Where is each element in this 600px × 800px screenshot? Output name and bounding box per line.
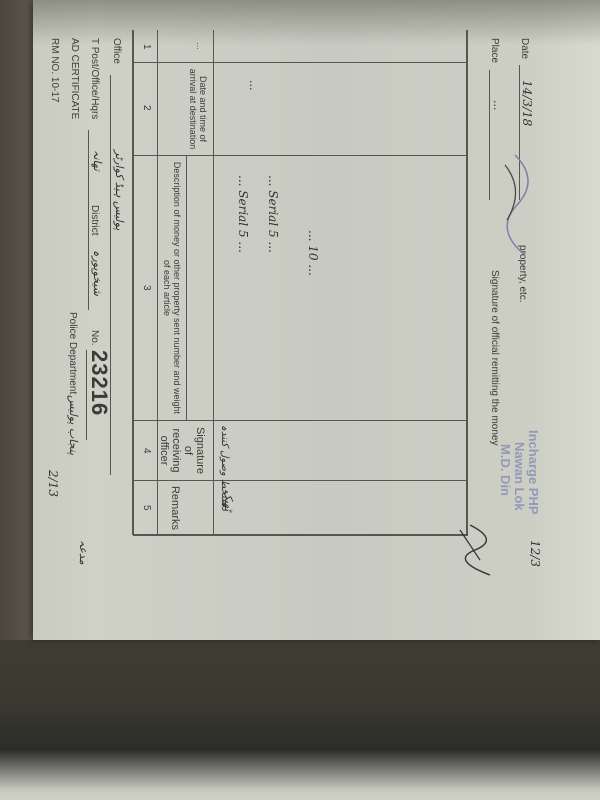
desk-surface: [0, 640, 600, 800]
form-number: RM NO. 10-17: [49, 38, 60, 102]
col-header-3: Description of money or other property s…: [162, 160, 182, 416]
office-label: Office: [111, 38, 122, 64]
col3-inner-border: [186, 155, 187, 420]
col-num-1: 1: [141, 44, 152, 50]
place-label: Place: [489, 38, 500, 63]
col-divider-4: [133, 480, 468, 481]
office-underline: [110, 75, 111, 475]
col-num-5: 5: [141, 505, 152, 511]
department-label: Police Department: [67, 312, 78, 394]
district-value: شیخوپورہ: [91, 250, 104, 296]
department-urdu: پنجاب پولیس: [67, 395, 80, 455]
col-header-2: Date and time of arrival at destination: [188, 66, 208, 152]
col-divider-1: [133, 62, 468, 63]
table-header-border: [213, 30, 214, 535]
table-right-border: [133, 534, 468, 536]
col-num-3: 3: [141, 285, 152, 291]
row-col5-entry: ٹھیک: [222, 490, 235, 511]
post-value: تھانہ: [91, 150, 104, 171]
col-divider-3: [133, 420, 468, 421]
district-label: District: [89, 205, 100, 236]
form-title: AD CERTIFICATE: [69, 38, 80, 119]
table-top-border: [133, 30, 135, 535]
date-value: 14/3/18: [520, 80, 534, 126]
col-divider-2: [133, 155, 468, 156]
col-num-4: 4: [141, 448, 152, 454]
stamp-line-2: Nawan Lok: [512, 430, 526, 550]
row-col2-entry: ...: [247, 80, 260, 91]
signature-scribble-icon: [450, 520, 510, 580]
corner-note: مدعہ: [77, 540, 90, 565]
signature-label: Signature of official remitting the mone…: [489, 270, 500, 445]
row-col3-line1: ... Serial 5 ...: [236, 175, 250, 253]
serial-number: 23216: [86, 350, 112, 416]
office-value: پولیس ہیڈ کوارٹر: [113, 150, 126, 230]
serial-label: No.: [89, 330, 100, 346]
col-header-5: Remarks: [170, 483, 180, 533]
row-col3-line2: ... Serial 5 ...: [266, 175, 280, 253]
post-label: T Post/Office/Hqrs: [89, 38, 100, 119]
table-bottom-border: [467, 30, 469, 535]
stamp-line-1: Incharge PHP: [526, 430, 540, 550]
col-header-4: Signature of receiving officer: [158, 423, 206, 478]
col-num-2: 2: [141, 105, 152, 111]
col-header-1: ...: [195, 32, 205, 60]
page-marker: 2/13: [46, 470, 60, 497]
place-value: ...: [491, 100, 504, 111]
stamp-signature-icon: [495, 150, 545, 260]
ad-certificate-form: RM NO. 10-17 AD CERTIFICATE Police Depar…: [33, 0, 600, 640]
place-underline: [489, 70, 490, 200]
margin-note: 12/3: [528, 540, 542, 567]
serial-underline: [86, 350, 87, 440]
date-label: Date: [519, 38, 530, 59]
row-col3-line3: ... 10 ...: [306, 230, 320, 276]
